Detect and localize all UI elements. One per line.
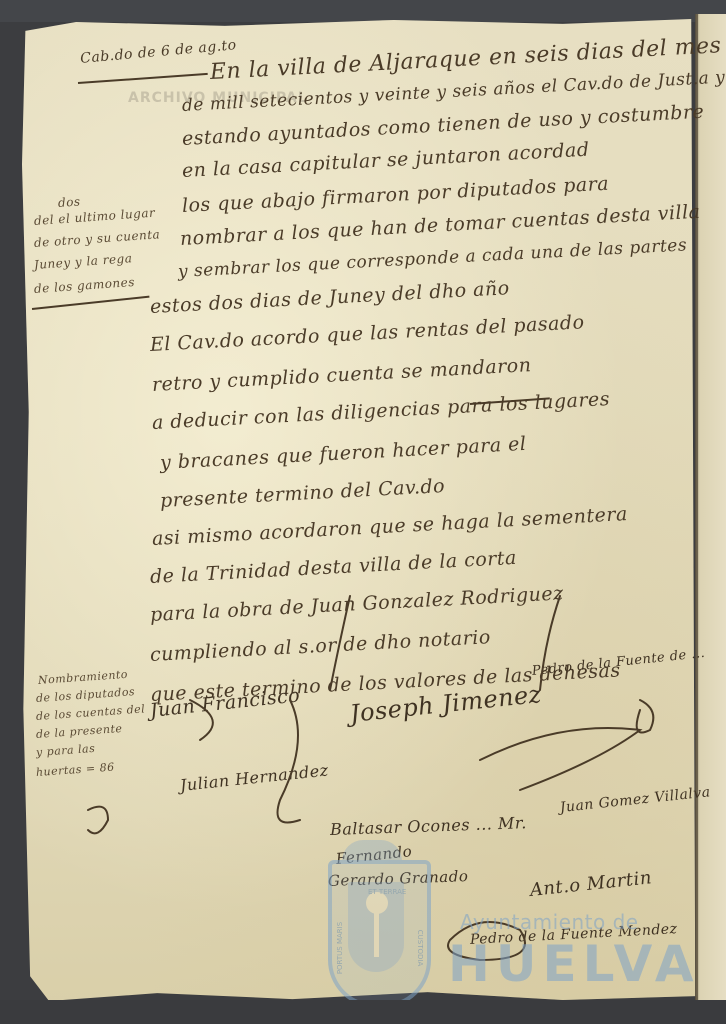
- signature-flourishes: [0, 0, 726, 1024]
- scan-background-bottom: [0, 1000, 726, 1024]
